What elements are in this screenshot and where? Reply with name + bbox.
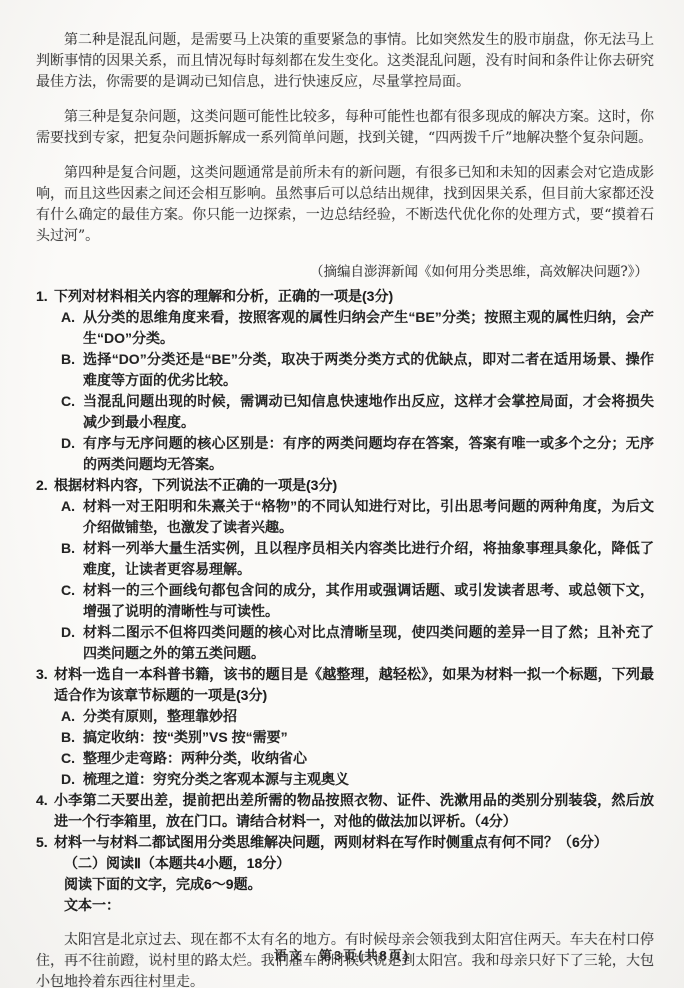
page-footer: 语文 第3页(共8页) <box>0 945 684 964</box>
option-text: 材料一对王阳明和朱熹关于“格物”的不同认知进行对比，引出思考问题的两种角度，为后… <box>83 496 654 538</box>
option-text: 材料一的三个画线句都包含问的成分，其作用或强调话题、或引发读者思考、或总领下文，… <box>83 580 654 622</box>
question-stem: 4. 小李第二天要出差，提前把出差所需的物品按照衣物、证件、洗漱用品的类别分别装… <box>36 790 654 832</box>
option-a: A. 从分类的思维角度来看，按照客观的属性归纳会产生“BE”分类；按照主观的属性… <box>61 307 654 349</box>
option-label: B. <box>61 349 83 391</box>
question-number: 1. <box>36 286 54 307</box>
question-stem: 3. 材料一选自一本科普书籍，该书的题目是《越整理，越轻松》，如果为材料一拟一个… <box>36 664 654 706</box>
option-b: B. 搞定收纳：按“类别”VS 按“需要” <box>61 727 654 748</box>
intro-paragraph: 第二种是混乱问题，是需要马上决策的重要紧急的事情。比如突然发生的股市崩盘，你无法… <box>36 30 654 93</box>
option-a: A. 分类有原则，整理靠妙招 <box>61 706 654 727</box>
option-text: 材料一列举大量生活实例，且以程序员相关内容类比进行介绍，将抽象事理具象化，降低了… <box>83 538 654 580</box>
question-number: 5. <box>36 832 54 853</box>
question-stem-text: 材料一与材料二都试图用分类思维解决问题，两则材料在写作时侧重点有何不同？（6分） <box>54 832 654 853</box>
option-label: B. <box>61 727 83 748</box>
question-stem-text: 小李第二天要出差，提前把出差所需的物品按照衣物、证件、洗漱用品的类别分别装袋，然… <box>54 790 654 832</box>
option-text: 有序与无序问题的核心区别是：有序的两类问题均存在答案，答案有唯一或多个之分；无序… <box>83 433 654 475</box>
intro-paragraph: 第三种是复杂问题，这类问题可能性比较多，每种可能性也都有很多现成的解决方案。这时… <box>36 107 654 149</box>
option-label: A. <box>61 706 83 727</box>
option-text: 选择“DO”分类还是“BE”分类，取决于两类分类方式的优缺点，即对二者在适用场景… <box>83 349 654 391</box>
question-3: 3. 材料一选自一本科普书籍，该书的题目是《越整理，越轻松》，如果为材料一拟一个… <box>36 664 654 790</box>
option-text: 梳理之道：穷究分类之客观本源与主观奥义 <box>83 769 654 790</box>
question-number: 3. <box>36 664 54 706</box>
question-stem-text: 下列对材料相关内容的理解和分析，正确的一项是(3分) <box>54 286 654 307</box>
question-stem: 2. 根据材料内容，下列说法不正确的一项是(3分) <box>36 475 654 496</box>
option-d: D. 有序与无序问题的核心区别是：有序的两类问题均存在答案，答案有唯一或多个之分… <box>61 433 654 475</box>
option-label: C. <box>61 748 83 769</box>
question-2: 2. 根据材料内容，下列说法不正确的一项是(3分) A. 材料一对王阳明和朱熹关… <box>36 475 654 664</box>
option-c: C. 整理少走弯路：两种分类，收纳省心 <box>61 748 654 769</box>
question-stem-text: 根据材料内容，下列说法不正确的一项是(3分) <box>54 475 654 496</box>
option-d: D. 梳理之道：穷究分类之客观本源与主观奥义 <box>61 769 654 790</box>
option-text: 整理少走弯路：两种分类，收纳省心 <box>83 748 654 769</box>
option-text: 从分类的思维角度来看，按照客观的属性归纳会产生“BE”分类；按照主观的属性归纳，… <box>83 307 654 349</box>
option-label: A. <box>61 496 83 538</box>
option-label: D. <box>61 433 83 475</box>
question-stem-text: 材料一选自一本科普书籍，该书的题目是《越整理，越轻松》，如果为材料一拟一个标题，… <box>54 664 654 706</box>
question-1: 1. 下列对材料相关内容的理解和分析，正确的一项是(3分) A. 从分类的思维角… <box>36 286 654 475</box>
option-text: 材料二图示不但将四类问题的核心对比点清晰呈现，使四类问题的差异一目了然；且补充了… <box>83 622 654 664</box>
question-4: 4. 小李第二天要出差，提前把出差所需的物品按照衣物、证件、洗漱用品的类别分别装… <box>36 790 654 832</box>
option-text: 搞定收纳：按“类别”VS 按“需要” <box>83 727 654 748</box>
option-label: C. <box>61 580 83 622</box>
option-b: B. 选择“DO”分类还是“BE”分类，取决于两类分类方式的优缺点，即对二者在适… <box>61 349 654 391</box>
option-label: B. <box>61 538 83 580</box>
question-stem: 5. 材料一与材料二都试图用分类思维解决问题，两则材料在写作时侧重点有何不同？（… <box>36 832 654 853</box>
question-5: 5. 材料一与材料二都试图用分类思维解决问题，两则材料在写作时侧重点有何不同？（… <box>36 832 654 853</box>
option-label: D. <box>61 769 83 790</box>
exam-page: 第二种是混乱问题，是需要马上决策的重要紧急的事情。比如突然发生的股市崩盘，你无法… <box>0 0 684 988</box>
option-d: D. 材料二图示不但将四类问题的核心对比点清晰呈现，使四类问题的差异一目了然；且… <box>61 622 654 664</box>
intro-paragraph: 第四种是复合问题，这类问题通常是前所未有的新问题，有很多已知和未知的因素会对它造… <box>36 163 654 247</box>
text-one-label: 文本一： <box>36 895 654 916</box>
option-a: A. 材料一对王阳明和朱熹关于“格物”的不同认知进行对比，引出思考问题的两种角度… <box>61 496 654 538</box>
option-label: D. <box>61 622 83 664</box>
option-text: 当混乱问题出现的时候，需调动已知信息快速地作出反应，这样才会掌控局面，才会将损失… <box>83 391 654 433</box>
option-label: C. <box>61 391 83 433</box>
section-two-heading: （二）阅读Ⅱ（本题共4小题，18分） <box>36 853 654 874</box>
question-number: 2. <box>36 475 54 496</box>
option-c: C. 当混乱问题出现的时候，需调动已知信息快速地作出反应，这样才会掌控局面，才会… <box>61 391 654 433</box>
question-number: 4. <box>36 790 54 832</box>
source-citation: （摘编自澎湃新闻《如何用分类思维，高效解决问题?》） <box>36 261 654 283</box>
option-b: B. 材料一列举大量生活实例，且以程序员相关内容类比进行介绍，将抽象事理具象化，… <box>61 538 654 580</box>
option-label: A. <box>61 307 83 349</box>
reading-instruction: 阅读下面的文字，完成6～9题。 <box>36 874 654 895</box>
question-stem: 1. 下列对材料相关内容的理解和分析，正确的一项是(3分) <box>36 286 654 307</box>
option-text: 分类有原则，整理靠妙招 <box>83 706 654 727</box>
option-c: C. 材料一的三个画线句都包含问的成分，其作用或强调话题、或引发读者思考、或总领… <box>61 580 654 622</box>
